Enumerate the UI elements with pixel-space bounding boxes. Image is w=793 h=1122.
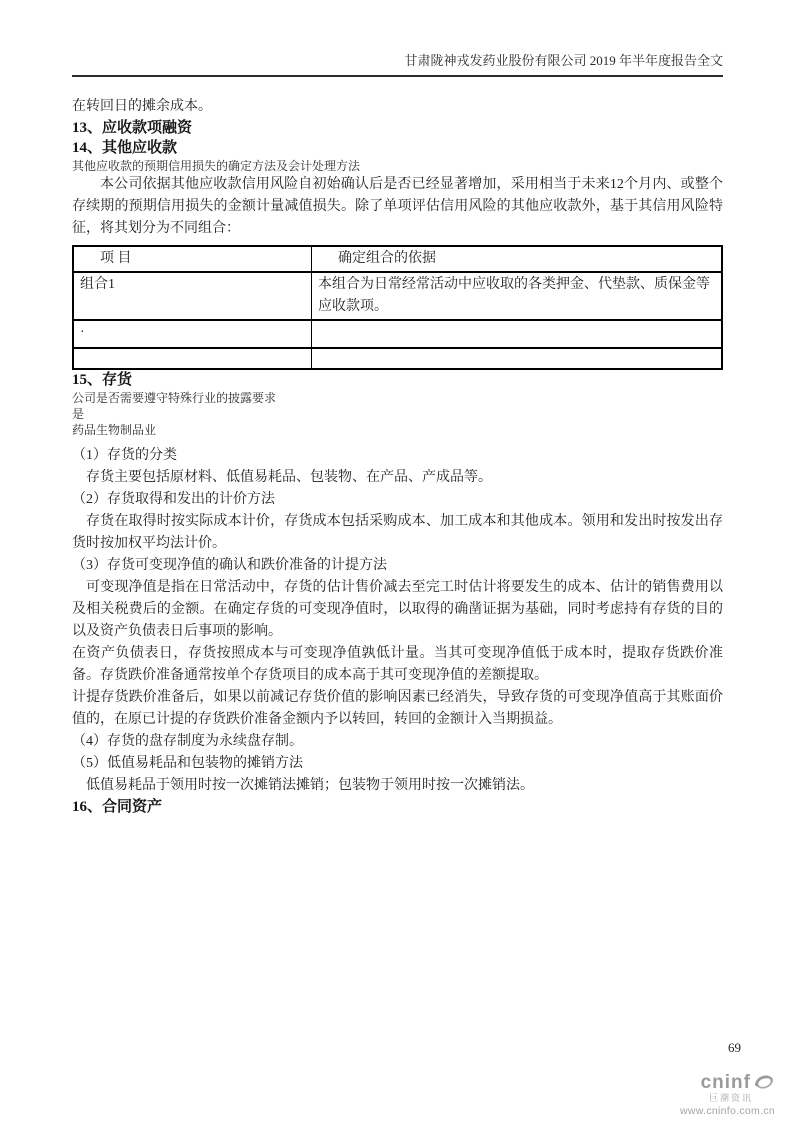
section-16-heading: 16、合同资产: [72, 797, 723, 817]
inventory-item-heading: （2）存货取得和发出的计价方法: [72, 489, 723, 511]
section-14-paragraph: 本公司依据其他应收款信用风险自初始确认后是否已经显著增加，采用相当于未来12个月…: [72, 174, 723, 240]
table-cell-basis: [312, 320, 723, 348]
section-13-heading: 13、应收款项融资: [72, 118, 723, 138]
section-15-heading: 15、存货: [72, 370, 723, 390]
table-row: 组合1 本组合为日常经常活动中应收取的各类押金、代垫款、质保金等应收款项。: [73, 272, 722, 320]
section-14-heading: 14、其他应收款: [72, 138, 723, 158]
inventory-item-heading: （1）存货的分类: [72, 445, 723, 467]
inventory-paragraph: 可变现净值是指在日常活动中，存货的估计售价减去至完工时估计将要发生的成本、估计的…: [72, 577, 723, 643]
cninfo-watermark: cninf 巨潮资讯 www.cninfo.com.cn: [665, 1072, 775, 1117]
table-cell-item: ·: [73, 320, 312, 348]
table-header-basis: 确定组合的依据: [312, 246, 723, 272]
inventory-item-heading: （4）存货的盘存制度为永续盘存制。: [72, 731, 723, 753]
industry-disclosure-question: 公司是否需要遵守特殊行业的披露要求: [72, 390, 723, 406]
table-cell-item: [73, 348, 312, 369]
inventory-paragraph: 在资产负债表日，存货按照成本与可变现净值孰低计量。当其可变现净值低于成本时，提取…: [72, 643, 723, 687]
inventory-item-heading: （5）低值易耗品和包装物的摊销方法: [72, 753, 723, 775]
page-header: 甘肃陇神戎发药业股份有限公司 2019 年半年度报告全文: [72, 50, 723, 77]
inventory-paragraph: 存货主要包括原材料、低值易耗品、包装物、在产品、产成品等。: [72, 467, 723, 489]
combination-table: 项 目 确定组合的依据 组合1 本组合为日常经常活动中应收取的各类押金、代垫款、…: [72, 245, 723, 370]
cninfo-brand-text: cninf: [701, 1073, 751, 1092]
page-number: 69: [728, 1040, 741, 1056]
industry-name: 药品生物制品业: [72, 422, 723, 438]
table-row: ·: [73, 320, 722, 348]
page-content: 在转回日的摊余成本。 13、应收款项融资 14、其他应收款 其他应收款的预期信用…: [72, 96, 723, 817]
cninfo-chinese-name: 巨潮资讯: [665, 1094, 753, 1103]
intro-paragraph: 在转回日的摊余成本。: [72, 96, 723, 118]
table-header-item: 项 目: [73, 246, 312, 272]
inventory-paragraph: 存货在取得时按实际成本计价，存货成本包括采购成本、加工成本和其他成本。领用和发出…: [72, 511, 723, 555]
inventory-paragraph: 低值易耗品于领用时按一次摊销法摊销；包装物于领用时按一次摊销法。: [72, 775, 723, 797]
report-page: 甘肃陇神戎发药业股份有限公司 2019 年半年度报告全文 在转回日的摊余成本。 …: [0, 0, 793, 1122]
section-14-subnote: 其他应收款的预期信用损失的确定方法及会计处理方法: [72, 158, 723, 174]
table-cell-basis: 本组合为日常经常活动中应收取的各类押金、代垫款、质保金等应收款项。: [312, 272, 723, 320]
table-cell-basis: [312, 348, 723, 369]
inventory-paragraph: 计提存货跌价准备后，如果以前减记存货价值的影响因素已经消失，导致存货的可变现净值…: [72, 687, 723, 731]
cninfo-url: www.cninfo.com.cn: [665, 1106, 775, 1117]
inventory-item-heading: （3）存货可变现净值的确认和跌价准备的计提方法: [72, 555, 723, 577]
table-cell-item: 组合1: [73, 272, 312, 320]
industry-disclosure-answer: 是: [72, 406, 723, 422]
table-header-row: 项 目 确定组合的依据: [73, 246, 722, 272]
inventory-paragraphs: （1）存货的分类 存货主要包括原材料、低值易耗品、包装物、在产品、产成品等。 （…: [72, 445, 723, 797]
report-title: 甘肃陇神戎发药业股份有限公司 2019 年半年度报告全文: [404, 53, 723, 68]
table-row: [73, 348, 722, 369]
cninfo-swirl-icon: [753, 1072, 775, 1092]
